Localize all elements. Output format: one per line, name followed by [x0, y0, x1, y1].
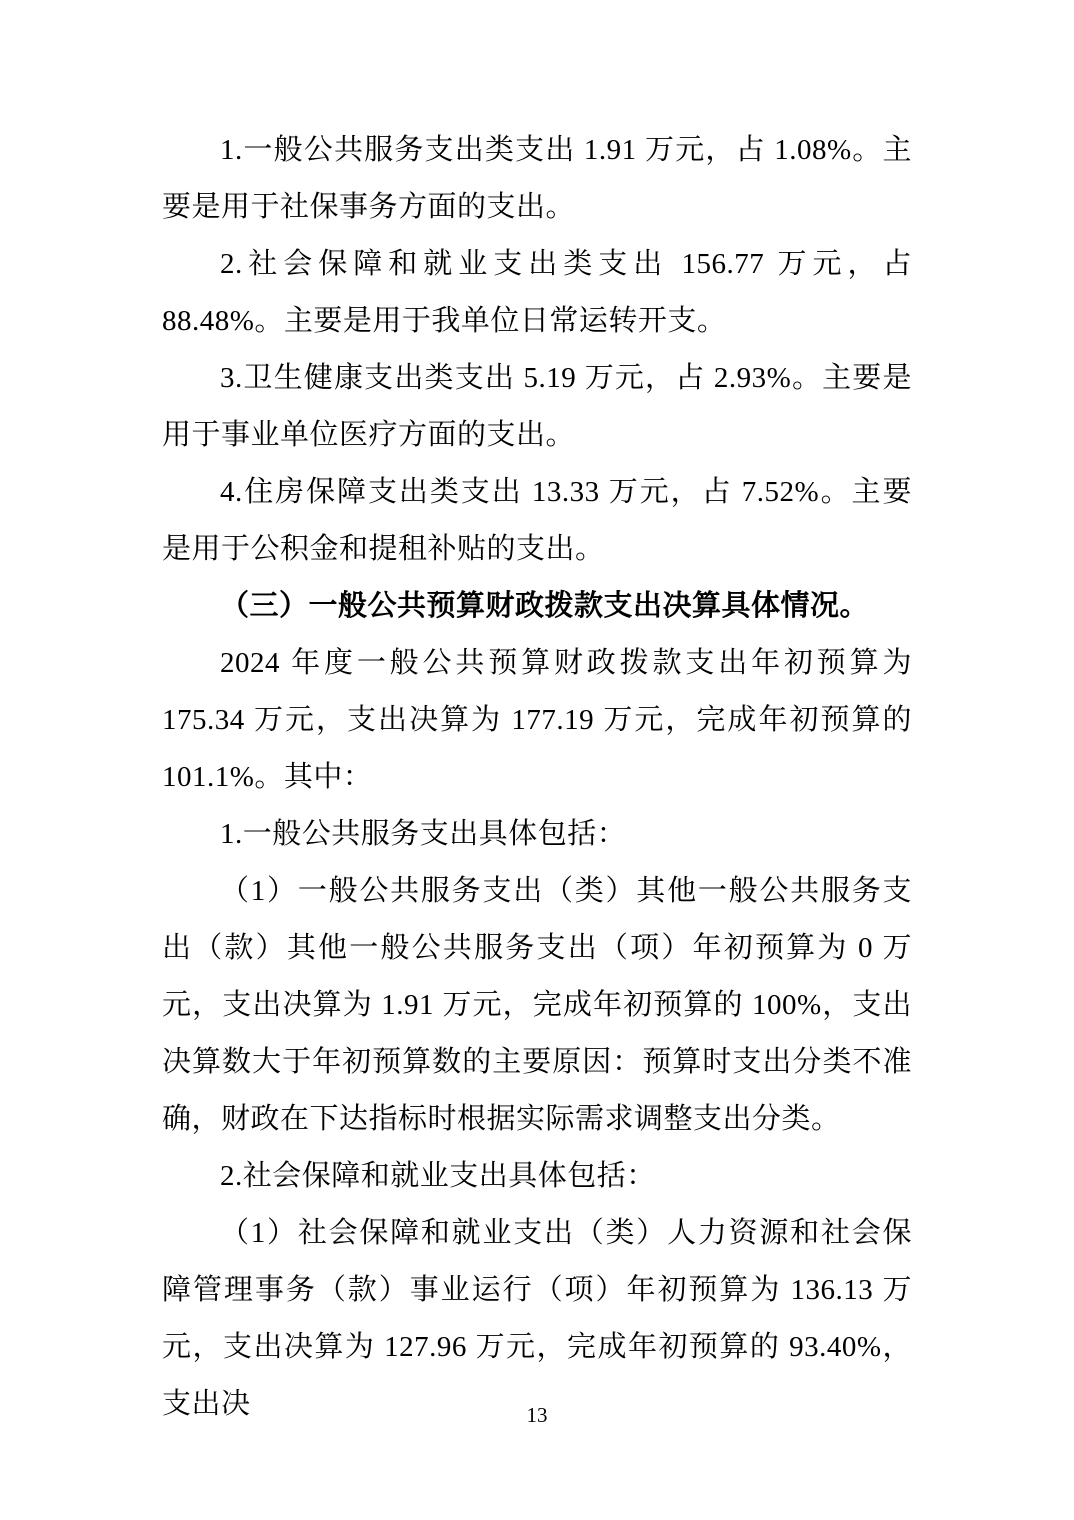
para-health-expense: 3.卫生健康支出类支出 5.19 万元，占 2.93%。主要是用于事业单位医疗方…	[162, 350, 912, 464]
page-number: 13	[527, 1403, 548, 1427]
section-heading: （三）一般公共预算财政拨款支出决算具体情况。	[162, 578, 912, 635]
para-general-public-services-expense: 1.一般公共服务支出类支出 1.91 万元，占 1.08%。主要是用于社保事务方…	[162, 122, 912, 236]
para-budget-overview: 2024 年度一般公共预算财政拨款支出年初预算为 175.34 万元，支出决算为…	[162, 635, 912, 806]
para-item-1-detail: （1）一般公共服务支出（类）其他一般公共服务支出（款）其他一般公共服务支出（项）…	[162, 863, 912, 1148]
para-item-2-detail: （1）社会保障和就业支出（类）人力资源和社会保障管理事务（款）事业运行（项）年初…	[162, 1205, 912, 1433]
document-page: 1.一般公共服务支出类支出 1.91 万元，占 1.08%。主要是用于社保事务方…	[0, 0, 1074, 1520]
para-housing-expense: 4.住房保障支出类支出 13.33 万元，占 7.52%。主要是用于公积金和提租…	[162, 464, 912, 578]
para-item-1-intro: 1.一般公共服务支出具体包括：	[162, 806, 912, 863]
document-body: 1.一般公共服务支出类支出 1.91 万元，占 1.08%。主要是用于社保事务方…	[162, 122, 912, 1433]
para-social-security-employment-expense: 2.社会保障和就业支出类支出 156.77 万元，占 88.48%。主要是用于我…	[162, 236, 912, 350]
page-footer: 13	[0, 1400, 1074, 1430]
para-item-2-intro: 2.社会保障和就业支出具体包括：	[162, 1148, 912, 1205]
